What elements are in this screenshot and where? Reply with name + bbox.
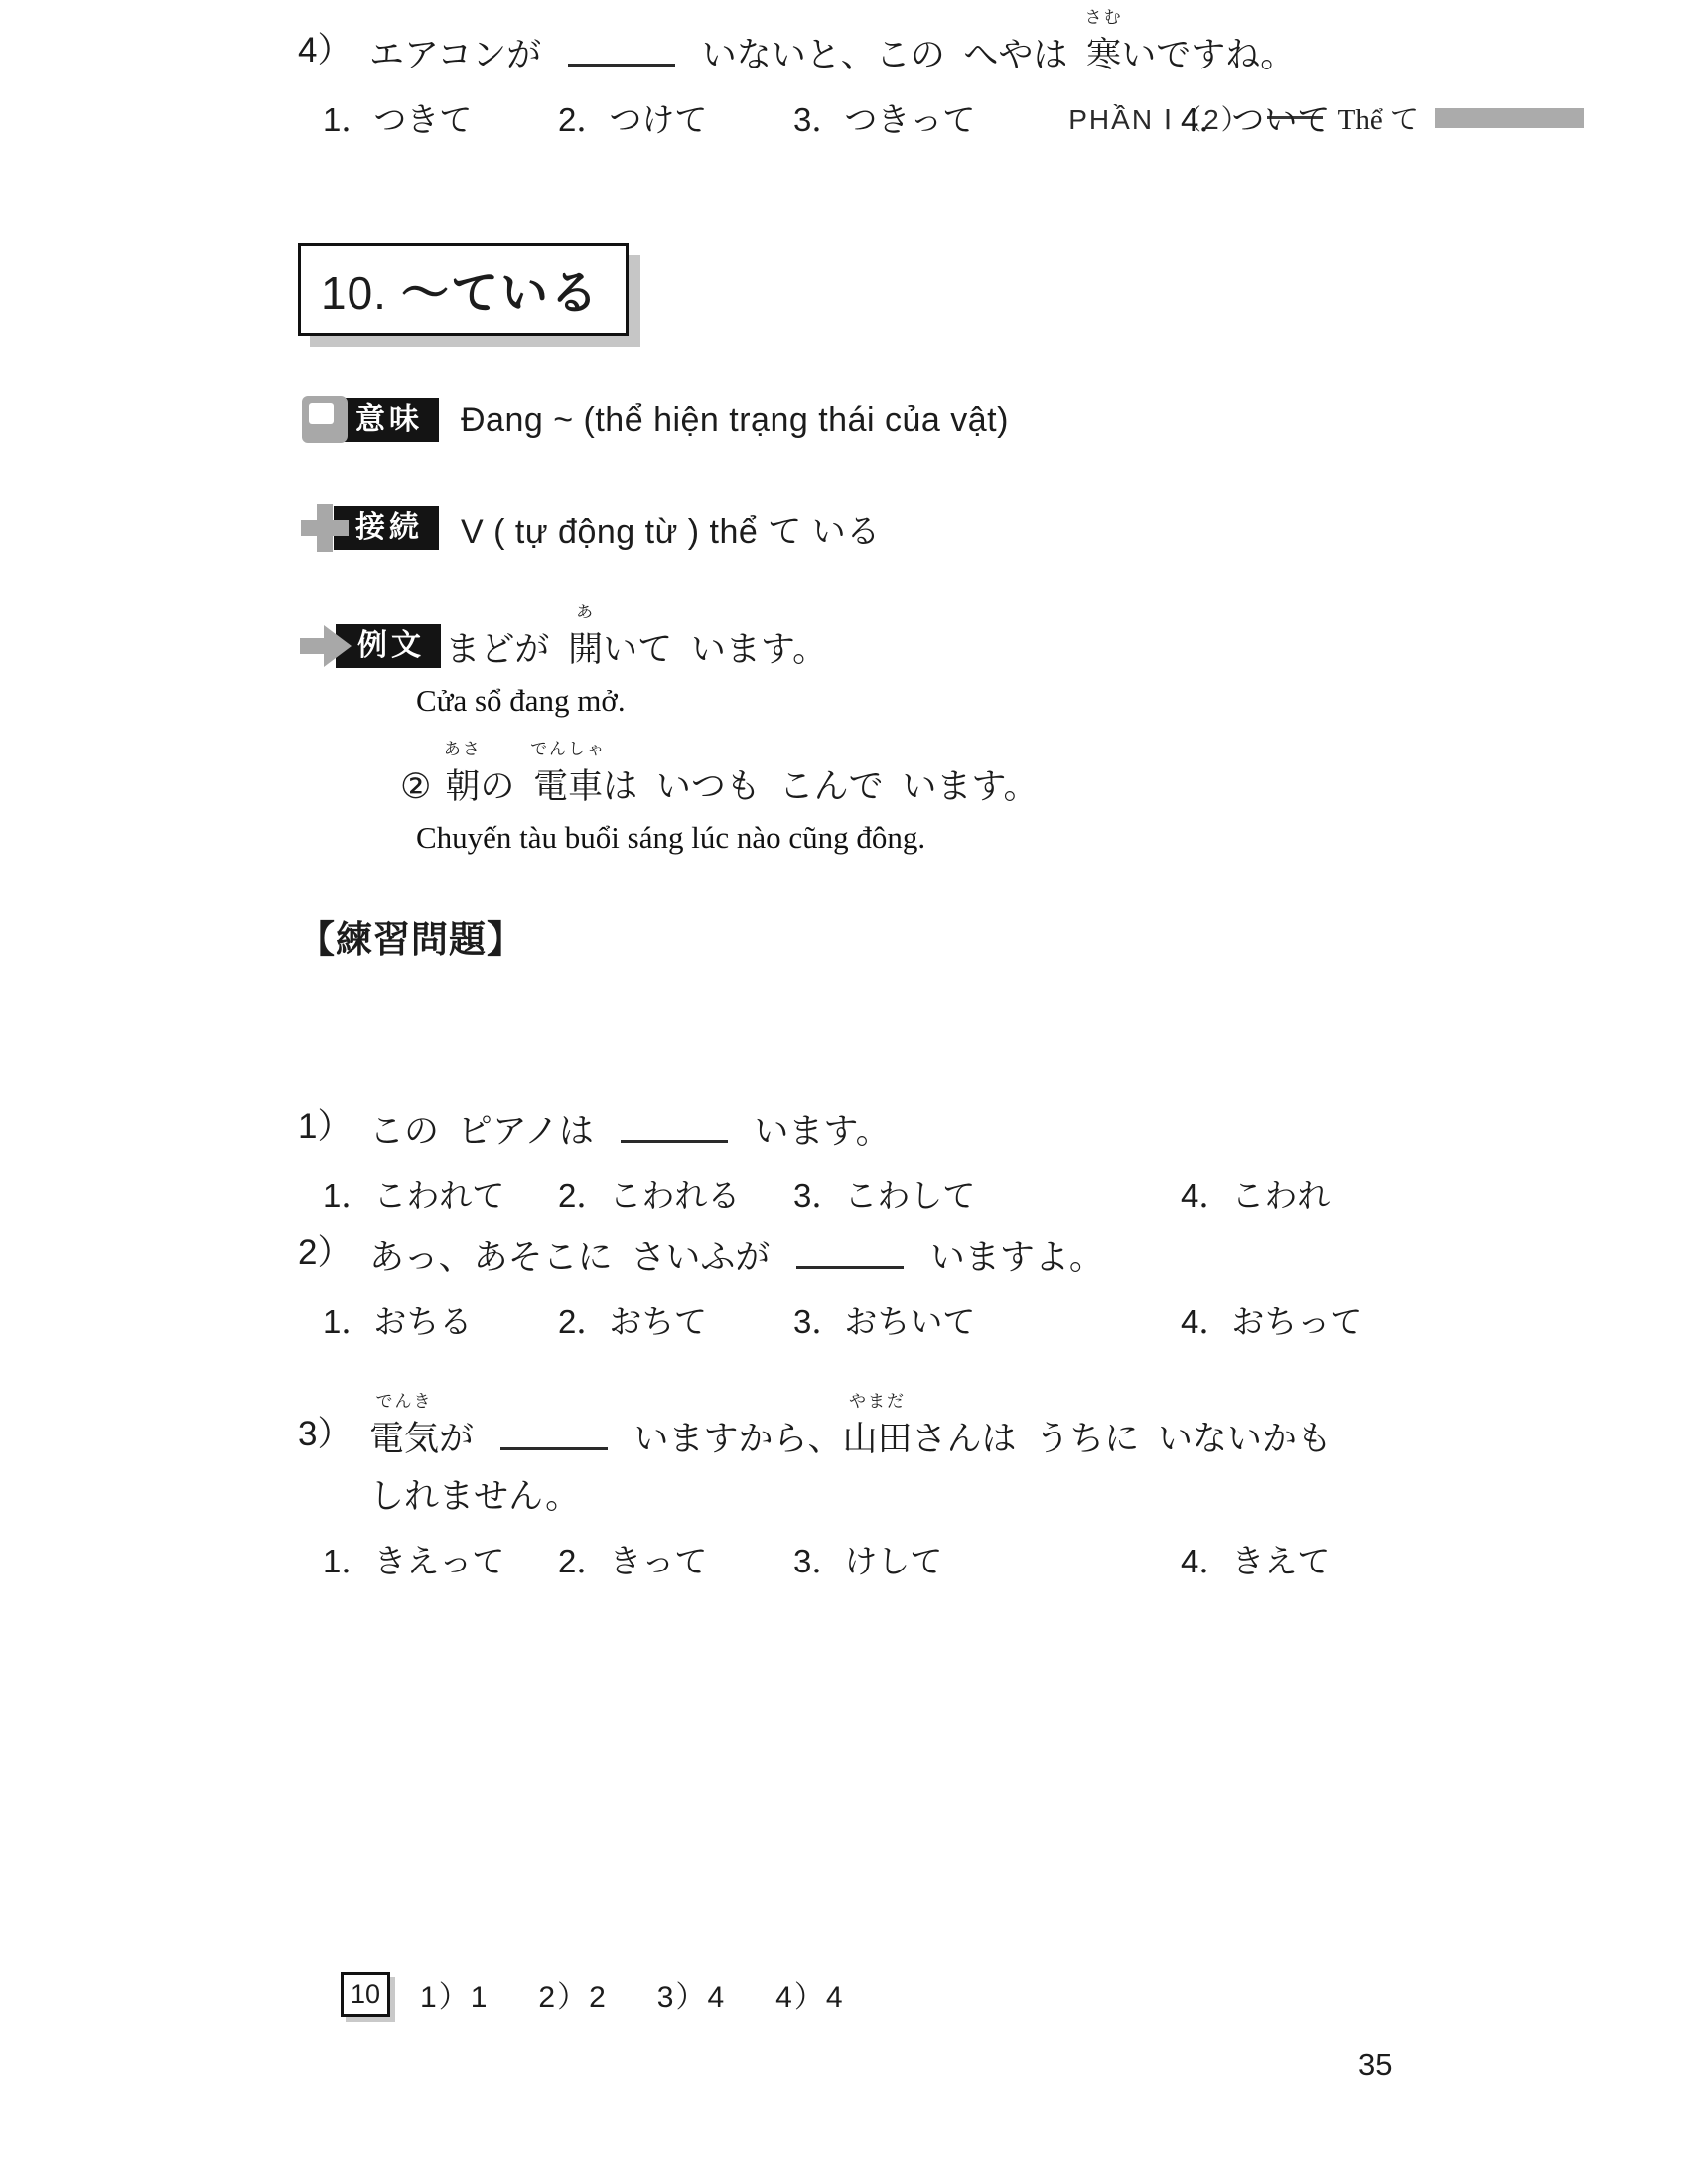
sentence-text: いですね。 — [1121, 36, 1295, 74]
ruby-word: 寒さむ — [1086, 31, 1121, 80]
practice-heading: 【練習問題】 — [298, 909, 524, 963]
answer-option: 3．けして — [793, 1538, 1181, 1585]
answer-option: 2．きって — [558, 1538, 793, 1585]
question-lines: あっ、あそこに さいふが いますよ。 — [369, 1202, 1104, 1283]
sentence-text: しれません。 — [369, 1477, 580, 1516]
question-number: 3） — [298, 1384, 369, 1522]
answer-option: 3．つきって — [793, 96, 1181, 144]
answer-blank — [796, 1228, 904, 1269]
ruby-word: 山田やまだ — [842, 1415, 912, 1464]
furigana: やまだ — [849, 1393, 906, 1410]
question-main: 1）この ピアノは います。 — [298, 1076, 1330, 1157]
answer-option: 1．きえって — [323, 1538, 558, 1585]
answer-blank — [621, 1102, 728, 1143]
answer-blank — [568, 26, 675, 67]
question-options: 1．おちる2．おちて3．おちいて4．おちって — [323, 1298, 1362, 1346]
answer-option: 1．おちる — [323, 1298, 558, 1346]
question-main: 3）電気でんきが いますから、山田やまださんは うちに いないかもしれません。 — [298, 1384, 1332, 1522]
question-options: 1．つきて2．つけて3．つきって4．ついて — [323, 96, 1330, 144]
answer-option: 4．ついて — [1181, 96, 1330, 144]
answer-option: 1．つきて — [323, 96, 558, 144]
question-main: 2）あっ、あそこに さいふが いますよ。 — [298, 1202, 1362, 1283]
answer-option: 2．おちて — [558, 1298, 793, 1346]
answer-option: 2．つけて — [558, 96, 793, 144]
plus-icon — [298, 501, 352, 555]
arrow-right-icon — [298, 623, 353, 669]
sentence-text: いないと、この へやは — [683, 36, 1086, 74]
answer-item: 3）4 — [657, 1973, 726, 2016]
question-lines: 電気でんきが いますから、山田やまださんは うちに いないかもしれません。 — [369, 1384, 1332, 1522]
question-sentence: 電気でんきが いますから、山田やまださんは うちに いないかも — [369, 1384, 1332, 1464]
question-sentence: エアコンが いないと、この へやは 寒さむいですね。 — [369, 0, 1295, 80]
book-icon — [298, 392, 352, 448]
answer-key: 10 1）12）23）44）4 — [341, 1972, 895, 2017]
sentence-text: あっ、あそこに さいふが — [369, 1238, 788, 1277]
sentence-text: エアコンが — [369, 36, 560, 74]
page-number: 35 — [1358, 2047, 1392, 2083]
ruby-word: 電気でんき — [369, 1415, 439, 1464]
question-lines: エアコンが いないと、この へやは 寒さむいですね。 — [369, 0, 1295, 80]
question-sentence: あっ、あそこに さいふが いますよ。 — [369, 1202, 1104, 1283]
question-number: 2） — [298, 1202, 369, 1283]
answer-option: 3．おちいて — [793, 1298, 1181, 1346]
sentence-text: さんは うちに いないかも — [913, 1420, 1332, 1458]
answer-option: 4．きえて — [1181, 1538, 1332, 1585]
answer-blank — [500, 1410, 608, 1450]
sentence-text: いますよ。 — [912, 1238, 1104, 1277]
question-options: 1．きえって2．きって3．けして4．きえて — [323, 1538, 1332, 1585]
answer-key-lesson-box: 10 — [341, 1972, 390, 2017]
question-number: 4） — [298, 0, 369, 80]
question-number: 1） — [298, 1076, 369, 1157]
practice-question: 1）この ピアノは います。1．こわれて2．こわれる3．こわして4．こわれ — [298, 1076, 1330, 1220]
practice-question: 3）電気でんきが いますから、山田やまださんは うちに いないかもしれません。1… — [298, 1384, 1332, 1585]
question-sentence: しれません。 — [369, 1464, 1332, 1522]
question-sentence: この ピアノは います。 — [369, 1076, 891, 1157]
answer-item: 2）2 — [538, 1973, 607, 2016]
sentence-text: が — [439, 1420, 492, 1458]
sentence-text: この ピアノは — [369, 1112, 613, 1151]
furigana: でんき — [376, 1393, 433, 1410]
answer-item: 1）1 — [420, 1973, 489, 2016]
question-lines: この ピアノは います。 — [369, 1076, 891, 1157]
answer-item: 4）4 — [775, 1973, 844, 2016]
sentence-text: います。 — [736, 1112, 891, 1151]
sentence-text: いますから、 — [616, 1420, 843, 1458]
answer-option: 4．おちって — [1181, 1298, 1362, 1346]
practice-question: 4）エアコンが いないと、この へやは 寒さむいですね。1．つきて2．つけて3．… — [298, 0, 1330, 144]
practice-section: 【練習問題】 1）この ピアノは います。1．こわれて2．こわれる3．こわして4… — [0, 0, 1688, 2184]
question-main: 4）エアコンが いないと、この へやは 寒さむいですね。 — [298, 0, 1330, 80]
examples-label-group: 例文 — [298, 623, 441, 669]
furigana: さむ — [1085, 9, 1123, 26]
textbook-page: PHẦN Ⅰ（2） Thể て 10.～ている 意味 Đang ~ (thể h… — [0, 0, 1688, 2184]
practice-question: 2）あっ、あそこに さいふが いますよ。1．おちる2．おちて3．おちいて4．おち… — [298, 1202, 1362, 1346]
